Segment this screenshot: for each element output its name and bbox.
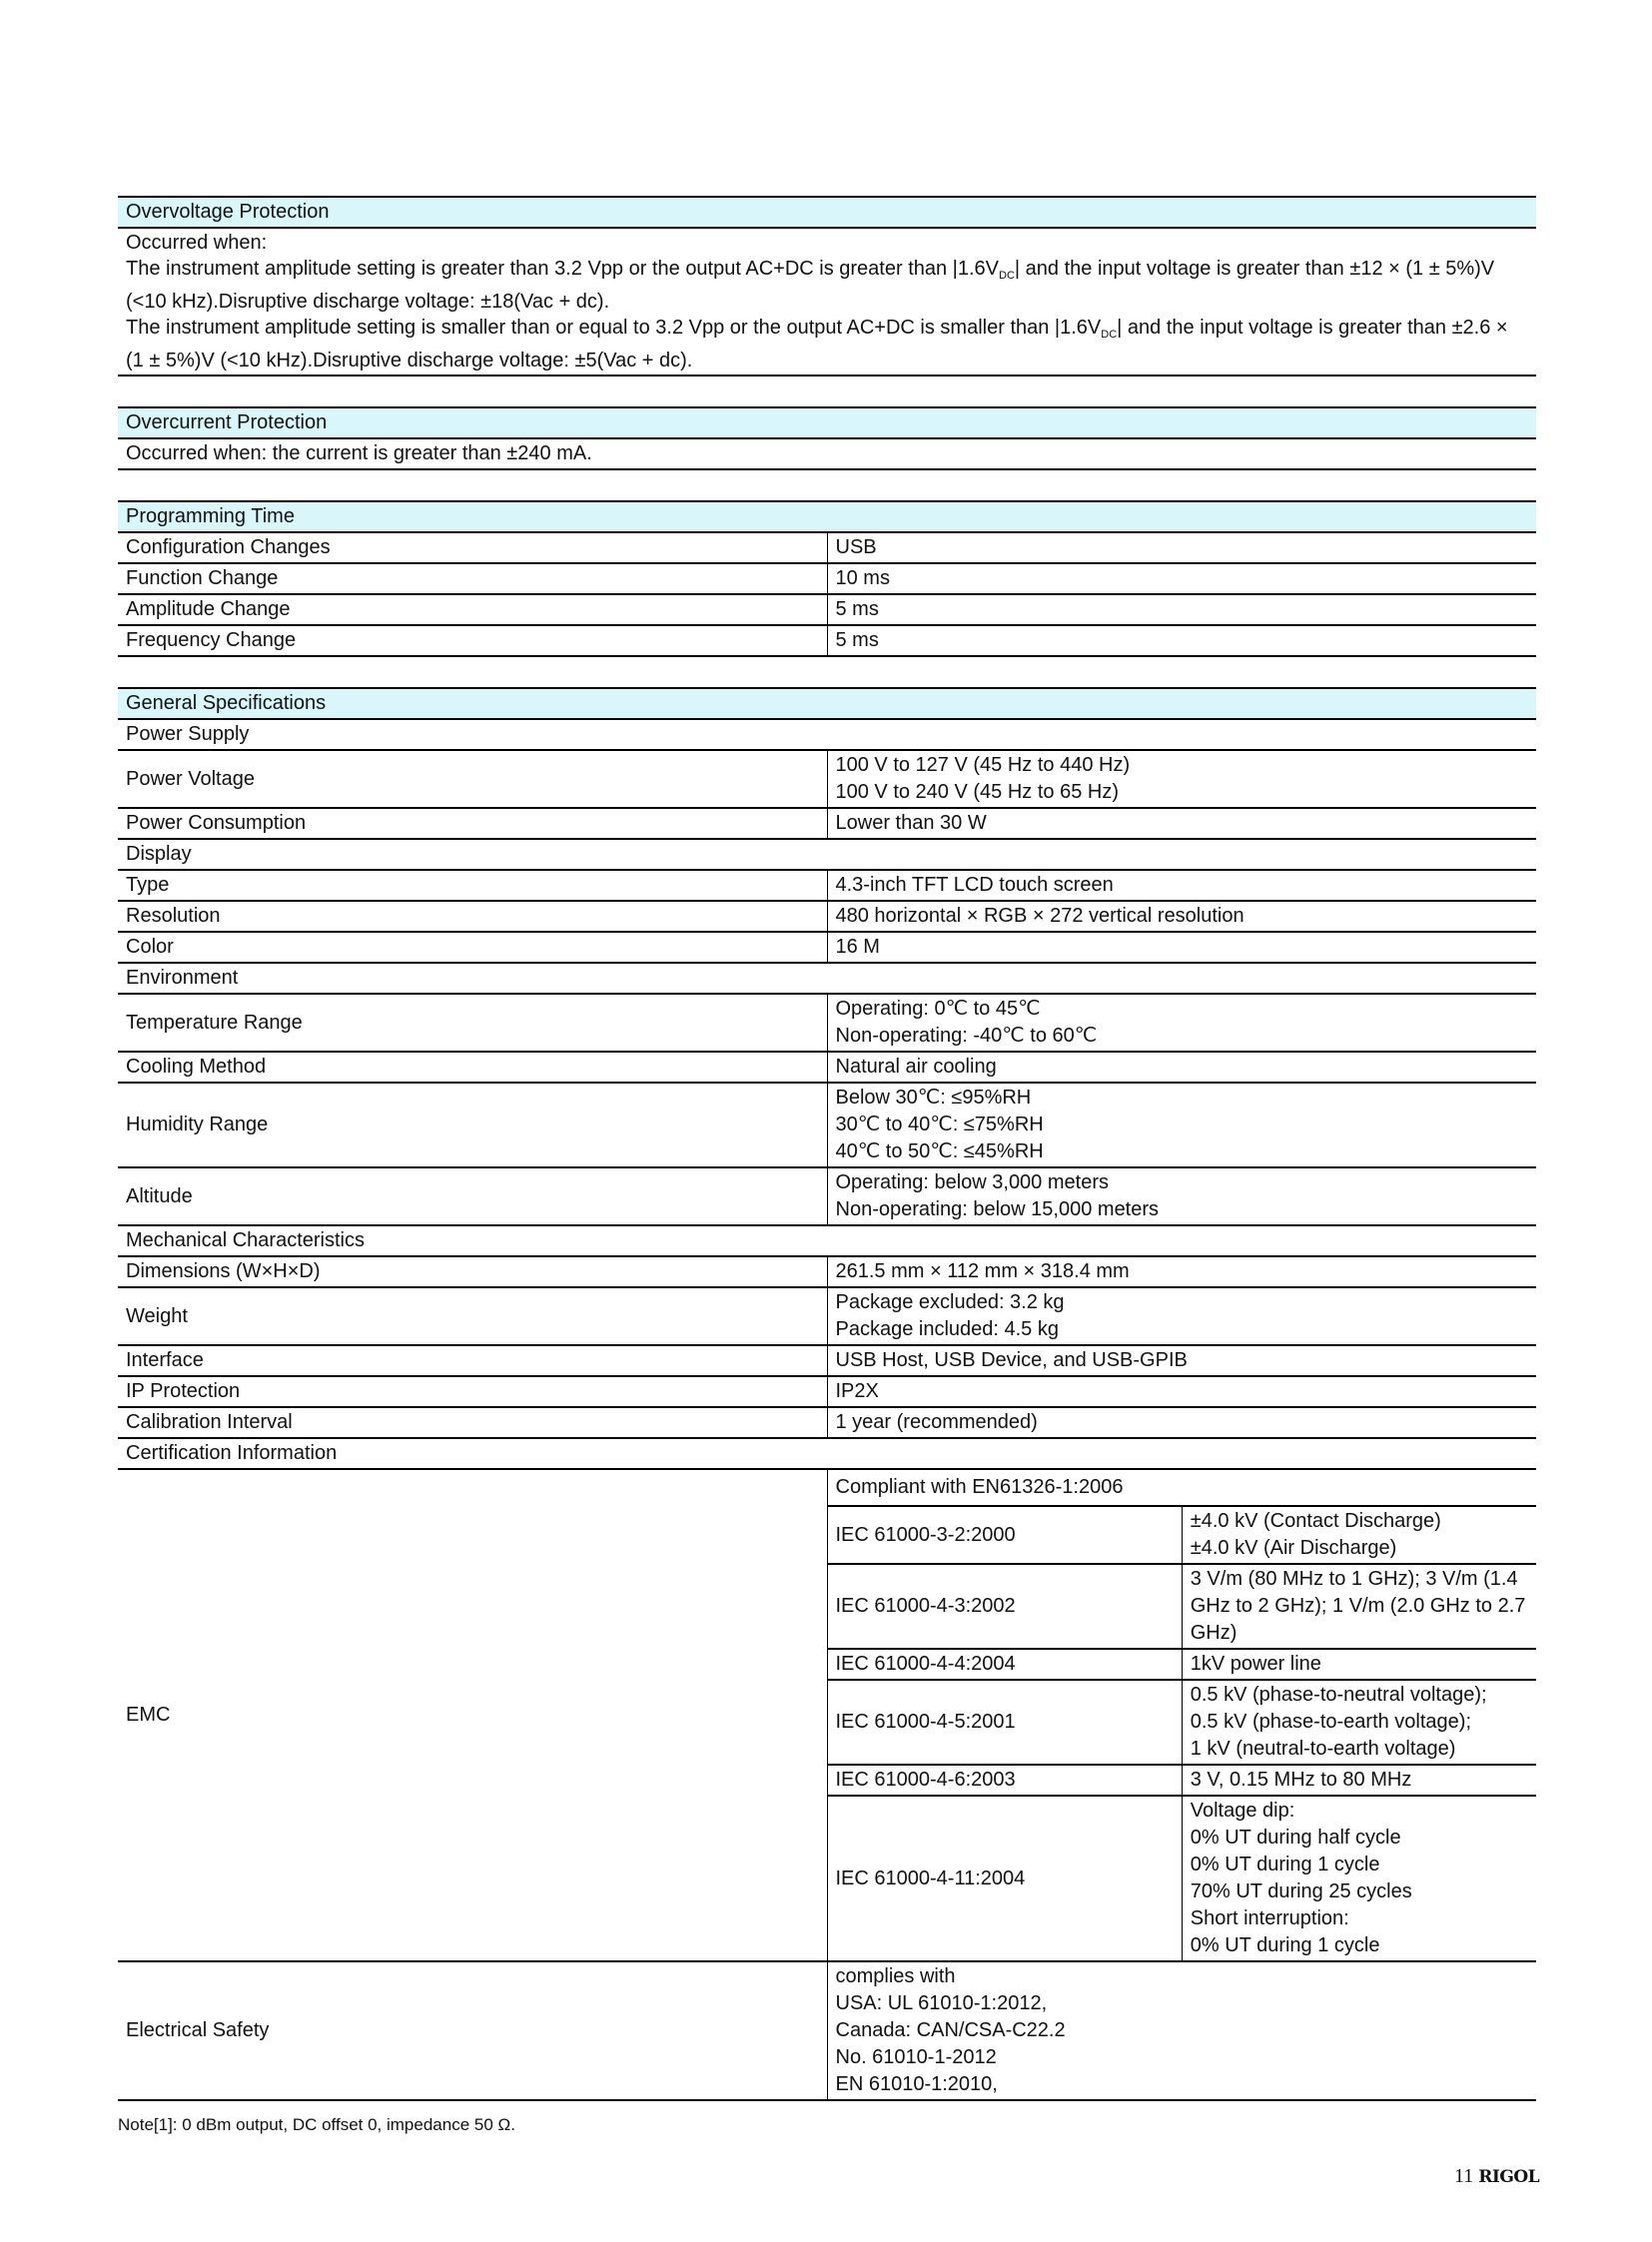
page-number: 11 bbox=[1454, 2165, 1473, 2187]
emc-row: IEC 61000-4-4:20041kV power line bbox=[828, 1649, 1537, 1680]
overvoltage-intro: Occurred when: bbox=[126, 230, 1528, 256]
table-row: IP ProtectionIP2X bbox=[118, 1376, 1536, 1407]
overvoltage-description: Occurred when: The instrument amplitude … bbox=[118, 228, 1536, 375]
page-footer: 11 RIGOL bbox=[1454, 2165, 1539, 2188]
table-row: Resolution480 horizontal × RGB × 272 ver… bbox=[118, 901, 1536, 932]
row-value: IP2X bbox=[827, 1376, 1536, 1407]
table-row: Power ConsumptionLower than 30 W bbox=[118, 808, 1536, 839]
emc-row: IEC 61000-3-2:2000±4.0 kV (Contact Disch… bbox=[828, 1506, 1537, 1564]
row-label: Configuration Changes bbox=[118, 532, 827, 563]
emc-row: IEC 61000-4-6:20033 V, 0.15 MHz to 80 MH… bbox=[828, 1765, 1537, 1796]
emc-row: IEC 61000-4-5:20010.5 kV (phase-to-neutr… bbox=[828, 1680, 1537, 1765]
row-label: IP Protection bbox=[118, 1376, 827, 1407]
table-row: Type4.3-inch TFT LCD touch screen bbox=[118, 870, 1536, 901]
emc-row: IEC 61000-4-11:2004Voltage dip:0% UT dur… bbox=[828, 1796, 1537, 1960]
row-label: Type bbox=[118, 870, 827, 901]
table-row: Temperature RangeOperating: 0℃ to 45℃Non… bbox=[118, 994, 1536, 1052]
row-label: EMC bbox=[118, 1469, 827, 1961]
overvoltage-condition-1: The instrument amplitude setting is grea… bbox=[126, 256, 1528, 315]
row-label: Weight bbox=[118, 1287, 827, 1345]
row-label: Amplitude Change bbox=[118, 594, 827, 625]
row-label: Dimensions (W×H×D) bbox=[118, 1256, 827, 1287]
table-row: WeightPackage excluded: 3.2 kgPackage in… bbox=[118, 1287, 1536, 1345]
row-label: Temperature Range bbox=[118, 994, 827, 1052]
table-row-safety: Electrical Safety complies withUSA: UL 6… bbox=[118, 1961, 1536, 2100]
row-label: Power Consumption bbox=[118, 808, 827, 839]
emc-compliant: Compliant with EN61326-1:2006 bbox=[828, 1470, 1537, 1506]
row-value: USB bbox=[827, 532, 1536, 563]
row-value: complies withUSA: UL 61010-1:2012,Canada… bbox=[827, 1961, 1536, 2100]
row-label: Power Voltage bbox=[118, 750, 827, 808]
subsection-environment: Environment bbox=[118, 963, 1536, 994]
row-value: Lower than 30 W bbox=[827, 808, 1536, 839]
table-row: InterfaceUSB Host, USB Device, and USB-G… bbox=[118, 1345, 1536, 1376]
spec-page: Overvoltage Protection Occurred when: Th… bbox=[118, 196, 1536, 2101]
section-title-general: General Specifications bbox=[118, 688, 1536, 719]
row-value: Package excluded: 3.2 kgPackage included… bbox=[827, 1287, 1536, 1345]
row-value: 10 ms bbox=[827, 563, 1536, 594]
overvoltage-table: Overvoltage Protection Occurred when: Th… bbox=[118, 196, 1536, 376]
row-value: 16 M bbox=[827, 932, 1536, 963]
row-value: 480 horizontal × RGB × 272 vertical reso… bbox=[827, 901, 1536, 932]
subsection-power-supply: Power Supply bbox=[118, 719, 1536, 750]
emc-row: IEC 61000-4-3:20023 V/m (80 MHz to 1 GHz… bbox=[828, 1564, 1537, 1649]
row-label: Electrical Safety bbox=[118, 1961, 827, 2100]
table-row: Calibration Interval1 year (recommended) bbox=[118, 1407, 1536, 1438]
overcurrent-table: Overcurrent Protection Occurred when: th… bbox=[118, 406, 1536, 470]
row-label: Cooling Method bbox=[118, 1052, 827, 1083]
row-value: 5 ms bbox=[827, 625, 1536, 656]
table-row: Humidity RangeBelow 30℃: ≤95%RH30℃ to 40… bbox=[118, 1083, 1536, 1167]
row-label: Frequency Change bbox=[118, 625, 827, 656]
table-row-emc: EMC Compliant with EN61326-1:2006 IEC 61… bbox=[118, 1469, 1536, 1961]
section-title-overcurrent: Overcurrent Protection bbox=[118, 407, 1536, 438]
emc-table: Compliant with EN61326-1:2006 IEC 61000-… bbox=[828, 1470, 1537, 1960]
row-label: Function Change bbox=[118, 563, 827, 594]
table-row: Frequency Change5 ms bbox=[118, 625, 1536, 656]
section-title-programming-time: Programming Time bbox=[118, 501, 1536, 532]
row-value: 100 V to 127 V (45 Hz to 440 Hz)100 V to… bbox=[827, 750, 1536, 808]
overcurrent-description: Occurred when: the current is greater th… bbox=[118, 438, 1536, 469]
brand-logo: RIGOL bbox=[1478, 2167, 1539, 2187]
subsection-certification: Certification Information bbox=[118, 1438, 1536, 1469]
table-row: Configuration ChangesUSB bbox=[118, 532, 1536, 563]
row-value: 261.5 mm × 112 mm × 318.4 mm bbox=[827, 1256, 1536, 1287]
table-row: Power Voltage100 V to 127 V (45 Hz to 44… bbox=[118, 750, 1536, 808]
row-value: 4.3-inch TFT LCD touch screen bbox=[827, 870, 1536, 901]
table-row: Dimensions (W×H×D)261.5 mm × 112 mm × 31… bbox=[118, 1256, 1536, 1287]
footnote: Note[1]: 0 dBm output, DC offset 0, impe… bbox=[118, 2115, 515, 2135]
row-label: Color bbox=[118, 932, 827, 963]
emc-details: Compliant with EN61326-1:2006 IEC 61000-… bbox=[827, 1469, 1536, 1961]
table-row: Color16 M bbox=[118, 932, 1536, 963]
row-value: USB Host, USB Device, and USB-GPIB bbox=[827, 1345, 1536, 1376]
programming-time-table: Programming Time Configuration ChangesUS… bbox=[118, 500, 1536, 657]
row-value: 1 year (recommended) bbox=[827, 1407, 1536, 1438]
section-title-overvoltage: Overvoltage Protection bbox=[118, 197, 1536, 228]
row-label: Interface bbox=[118, 1345, 827, 1376]
row-value: Below 30℃: ≤95%RH30℃ to 40℃: ≤75%RH40℃ t… bbox=[827, 1083, 1536, 1167]
row-value: Natural air cooling bbox=[827, 1052, 1536, 1083]
row-label: Calibration Interval bbox=[118, 1407, 827, 1438]
table-row: Function Change10 ms bbox=[118, 563, 1536, 594]
row-value: Operating: 0℃ to 45℃Non-operating: -40℃ … bbox=[827, 994, 1536, 1052]
overvoltage-condition-2: The instrument amplitude setting is smal… bbox=[126, 315, 1528, 374]
table-row: AltitudeOperating: below 3,000 metersNon… bbox=[118, 1167, 1536, 1225]
table-row: Amplitude Change5 ms bbox=[118, 594, 1536, 625]
row-label: Altitude bbox=[118, 1167, 827, 1225]
row-label: Humidity Range bbox=[118, 1083, 827, 1167]
row-value: Operating: below 3,000 metersNon-operati… bbox=[827, 1167, 1536, 1225]
row-value: 5 ms bbox=[827, 594, 1536, 625]
row-label: Resolution bbox=[118, 901, 827, 932]
subsection-display: Display bbox=[118, 839, 1536, 870]
general-specifications-table: General Specifications Power Supply Powe… bbox=[118, 687, 1536, 2101]
subsection-mechanical: Mechanical Characteristics bbox=[118, 1225, 1536, 1256]
table-row: Cooling MethodNatural air cooling bbox=[118, 1052, 1536, 1083]
